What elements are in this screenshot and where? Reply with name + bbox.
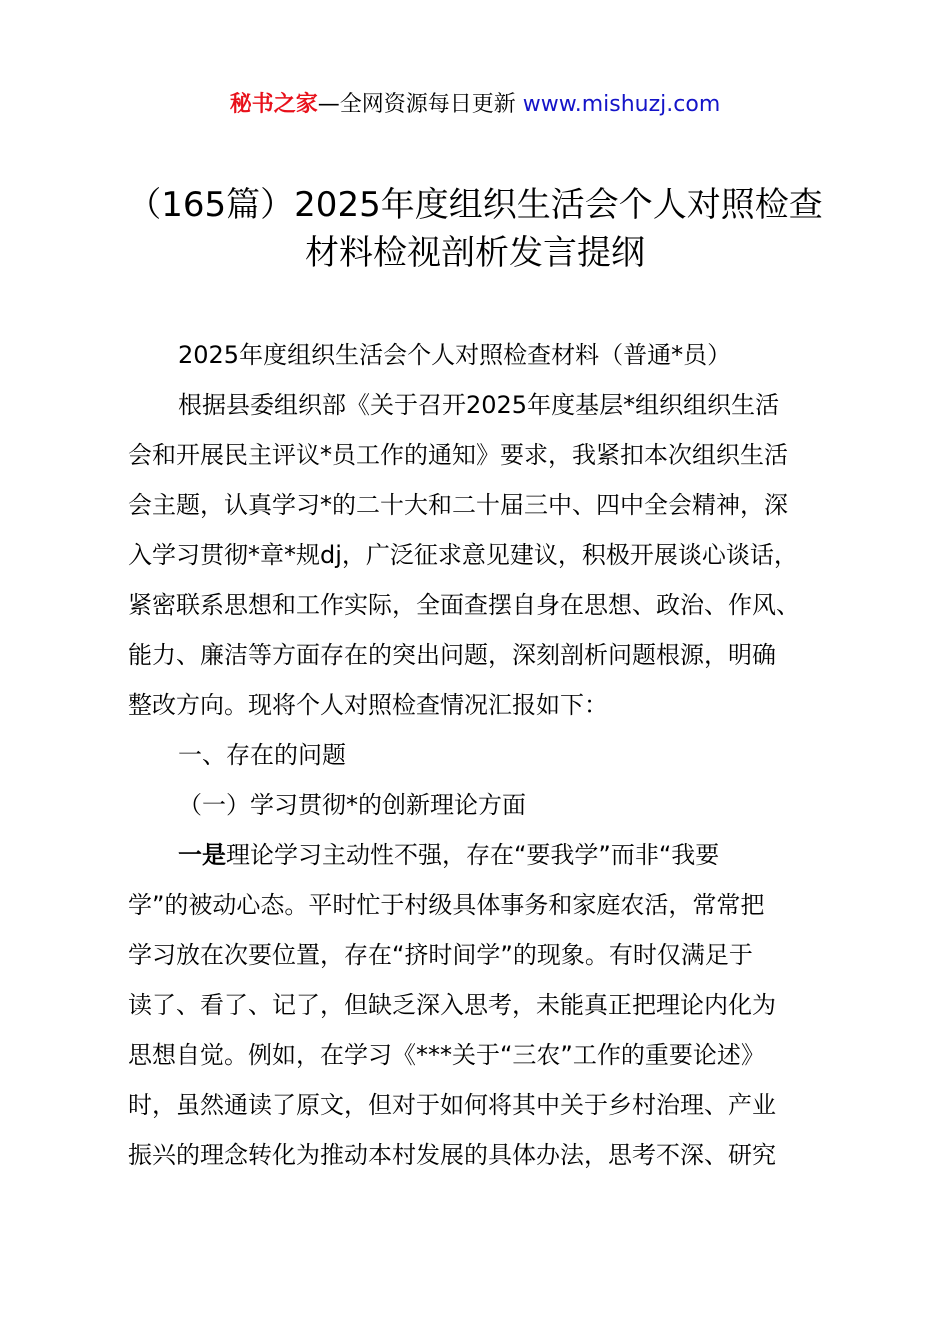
point-line: 振兴的理念转化为推动本村发展的具体办法，思考不深、研究 (128, 1130, 834, 1180)
point-first-line: 一是理论学习主动性不强，存在“要我学”而非“我要 (128, 830, 834, 880)
document-body: 2025年度组织生活会个人对照检查材料（普通*员） 根据县委组织部《关于召开20… (128, 330, 834, 1180)
intro-line: 会主题，认真学习*的二十大和二十届三中、四中全会精神，深 (128, 480, 834, 530)
point-first-line-text: 理论学习主动性不强，存在“要我学”而非“我要 (226, 841, 719, 869)
point-lead: 一是 (178, 841, 226, 869)
intro-line: 会和开展民主评议*员工作的通知》要求，我紧扣本次组织生活 (128, 430, 834, 480)
subsection-heading: （一）学习贯彻*的创新理论方面 (128, 780, 834, 830)
site-header: 秘书之家—全网资源每日更新www.mishuzj.com (0, 88, 950, 122)
intro-line: 整改方向。现将个人对照检查情况汇报如下： (128, 680, 834, 730)
site-url-link[interactable]: www.mishuzj.com (523, 92, 720, 117)
point-line: 时，虽然通读了原文，但对于如何将其中关于乡村治理、产业 (128, 1080, 834, 1130)
point-line: 学习放在次要位置，存在“挤时间学”的现象。有时仅满足于 (128, 930, 834, 980)
intro-line: 能力、廉洁等方面存在的突出问题，深刻剖析问题根源，明确 (128, 630, 834, 680)
intro-line: 入学习贯彻*章*规dj，广泛征求意见建议，积极开展谈心谈话， (128, 530, 834, 580)
brand-name: 秘书之家 (230, 92, 318, 117)
document-title: （165篇）2025年度组织生活会个人对照检查 材料检视剖析发言提纲 (80, 181, 870, 277)
intro-line: 根据县委组织部《关于召开2025年度基层*组织组织生活 (128, 380, 834, 430)
point-line: 思想自觉。例如，在学习《***关于“三农”工作的重要论述》 (128, 1030, 834, 1080)
intro-paragraph: 根据县委组织部《关于召开2025年度基层*组织组织生活 会和开展民主评议*员工作… (128, 380, 834, 730)
title-line-1: （165篇）2025年度组织生活会个人对照检查 (80, 181, 870, 229)
document-subtitle: 2025年度组织生活会个人对照检查材料（普通*员） (128, 330, 834, 380)
point-line: 读了、看了、记了，但缺乏深入思考，未能真正把理论内化为 (128, 980, 834, 1030)
section-heading: 一、存在的问题 (128, 730, 834, 780)
title-line-2: 材料检视剖析发言提纲 (80, 229, 870, 277)
header-dash: — (318, 92, 340, 117)
header-tagline: 全网资源每日更新 (340, 92, 516, 117)
intro-line: 紧密联系思想和工作实际，全面查摆自身在思想、政治、作风、 (128, 580, 834, 630)
document-page: 秘书之家—全网资源每日更新www.mishuzj.com （165篇）2025年… (0, 0, 950, 1344)
point-line: 学”的被动心态。平时忙于村级具体事务和家庭农活，常常把 (128, 880, 834, 930)
point-paragraph: 一是理论学习主动性不强，存在“要我学”而非“我要 学”的被动心态。平时忙于村级具… (128, 830, 834, 1180)
